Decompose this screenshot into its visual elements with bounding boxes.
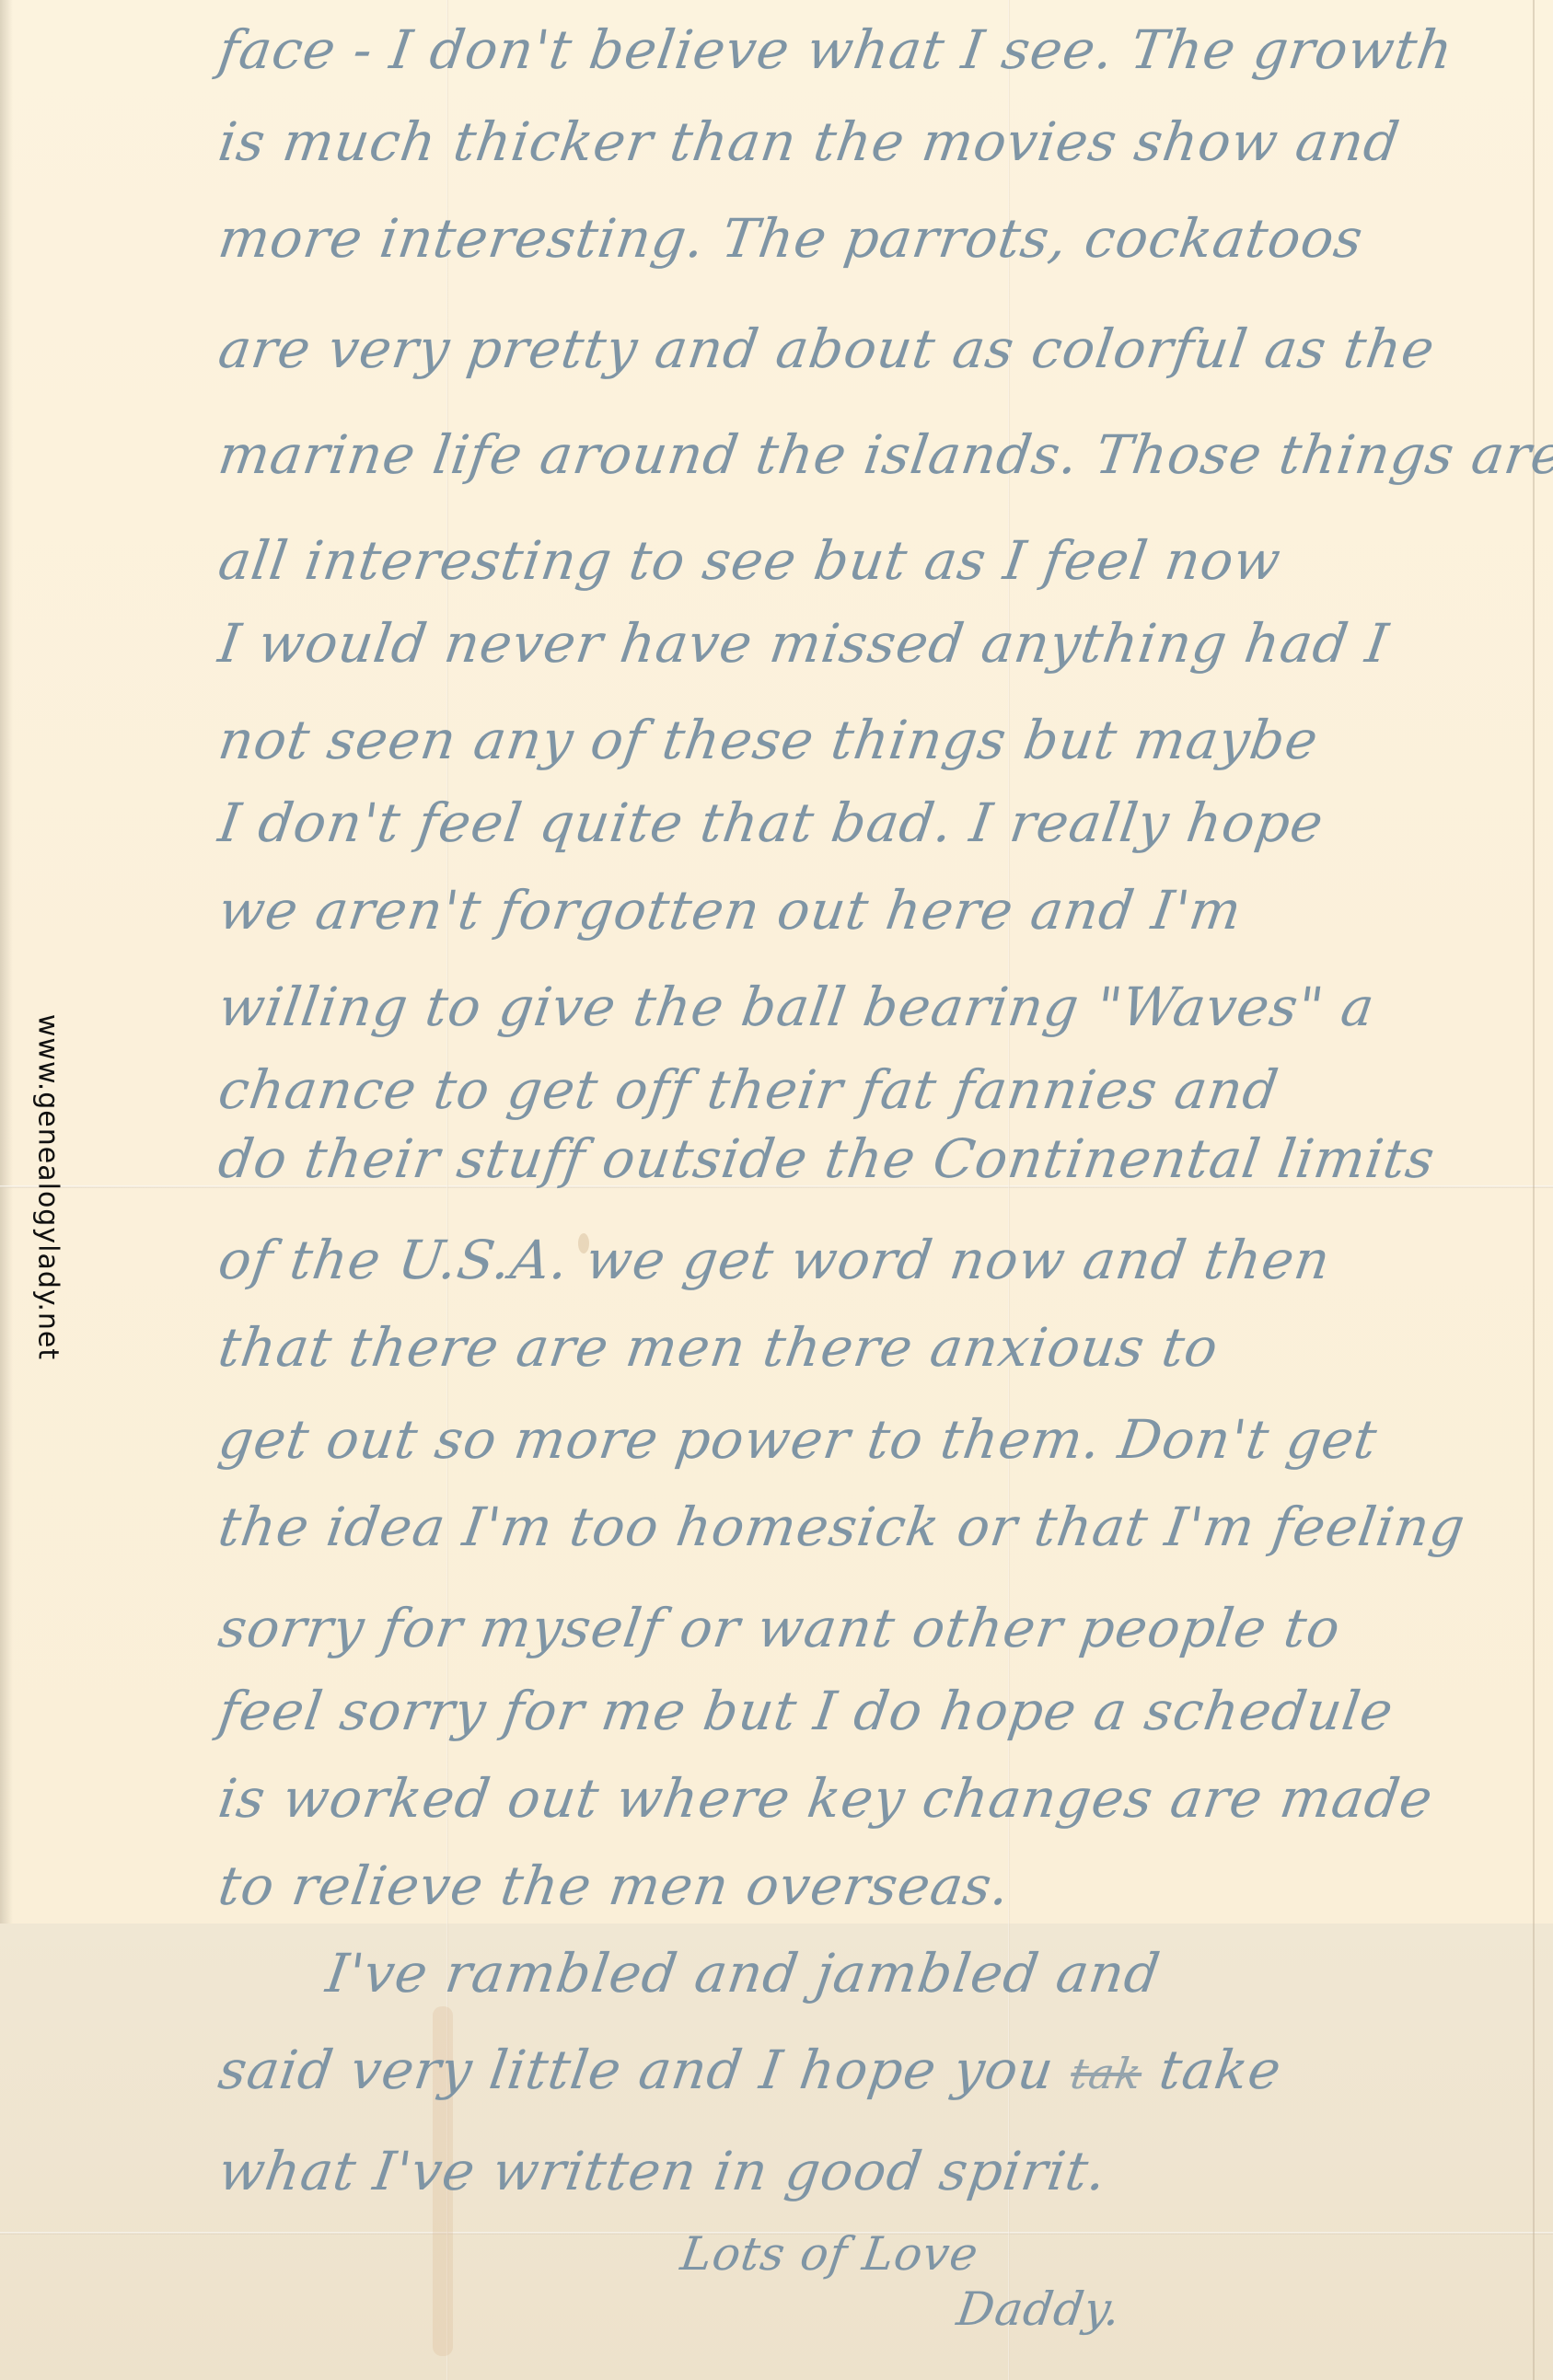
- letter-body: face - I don't believe what I see. The g…: [0, 0, 1553, 2380]
- struck-word: tak: [1068, 2049, 1145, 2098]
- letter-line: I don't feel quite that bad. I really ho…: [214, 791, 1327, 854]
- letter-line: what I've written in good spirit.: [214, 2140, 1110, 2202]
- letter-line: that there are men there anxious to: [214, 1316, 1223, 1379]
- letter-line: I would never have missed anything had I: [214, 612, 1393, 675]
- letter-line: is worked out where key changes are made: [214, 1767, 1437, 1830]
- letter-line: to relieve the men overseas.: [214, 1854, 1014, 1917]
- letter-line: more interesting. The parrots, cockatoos: [214, 207, 1367, 270]
- letter-line: feel sorry for me but I do hope a schedu…: [214, 1680, 1397, 1742]
- letter-line: face - I don't believe what I see. The g…: [214, 18, 1457, 81]
- letter-line-with-correction: said very little and I hope you tak take: [214, 2039, 1285, 2101]
- letter-line: do their stuff outside the Continental l…: [214, 1127, 1439, 1190]
- letter-line: the idea I'm too homesick or that I'm fe…: [214, 1496, 1469, 1558]
- letter-line: I've rambled and jambled and: [322, 1942, 1165, 2005]
- letter-line: get out so more power to them. Don't get: [214, 1408, 1381, 1471]
- letter-line: are very pretty and about as colorful as…: [214, 318, 1439, 380]
- letter-line: we aren't forgotten out here and I'm: [214, 879, 1246, 942]
- signature: Daddy.: [954, 2282, 1125, 2336]
- letter-line: willing to give the ball bearing "Waves"…: [214, 976, 1378, 1038]
- letter-line: chance to get off their fat fannies and: [214, 1058, 1282, 1121]
- closing-salutation: Lots of Love: [678, 2227, 982, 2281]
- letter-line: marine life around the islands. Those th…: [214, 423, 1553, 486]
- letter-line: all interesting to see but as I feel now: [214, 529, 1285, 592]
- letter-line-text: said very little and I hope you: [214, 2039, 1058, 2101]
- letter-line: is much thicker than the movies show and: [214, 110, 1404, 173]
- corrected-word: take: [1155, 2039, 1285, 2101]
- letter-line: not seen any of these things but maybe: [214, 709, 1322, 771]
- letter-line: sorry for myself or want other people to: [214, 1597, 1344, 1659]
- letter-line: of the U.S.A. we get word now and then: [214, 1229, 1334, 1291]
